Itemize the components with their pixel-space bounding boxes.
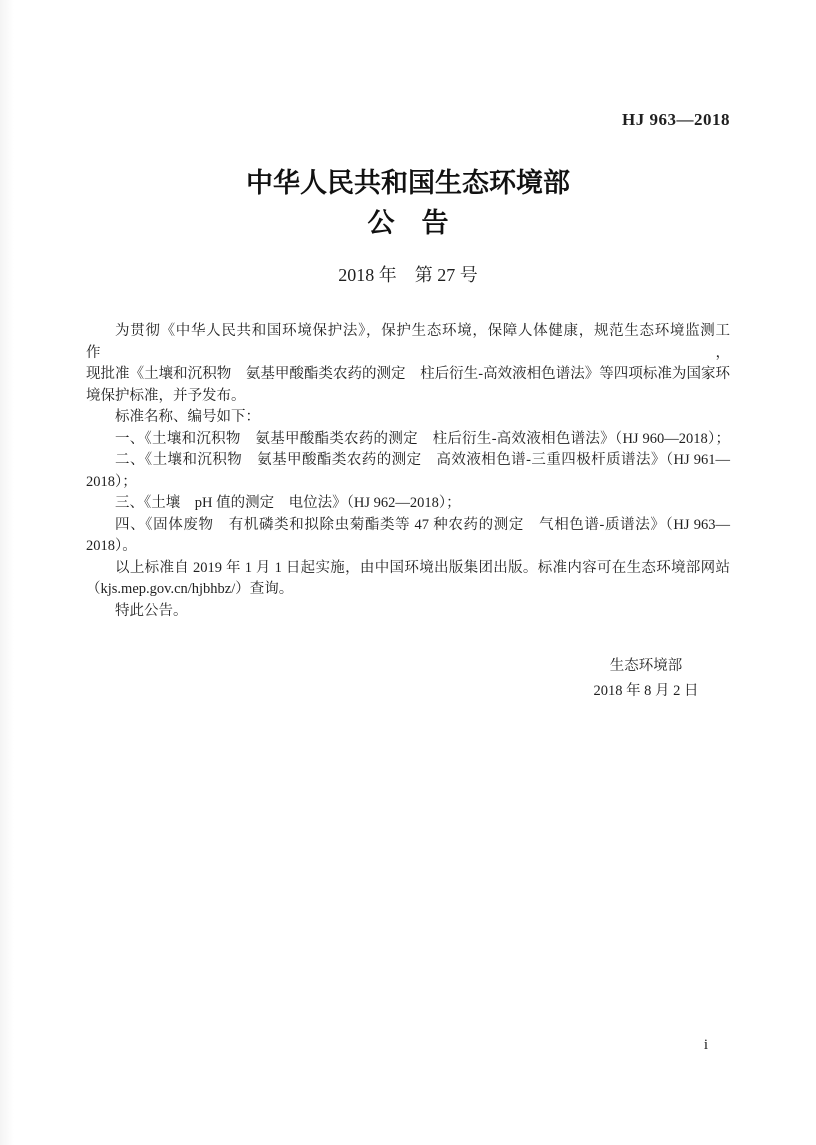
body-line: 三、《土壤 pH 值的测定 电位法》（HJ 962—2018）；	[86, 493, 730, 515]
document-page: HJ 963—2018 中华人民共和国生态环境部 公 告 2018 年 第 27…	[0, 0, 816, 1145]
body-line: 境保护标准，并予发布。	[86, 386, 730, 408]
announcement-title: 公 告	[86, 210, 730, 237]
announcement-body: 为贯彻《中华人民共和国环境保护法》，保护生态环境，保障人体健康，规范生态环境监测…	[86, 321, 730, 622]
body-line: 四、《固体废物 有机磷类和拟除虫菊酯类等 47 种农药的测定 气相色谱-质谱法》…	[86, 515, 730, 537]
body-line: 2018）；	[86, 472, 730, 494]
page-number: i	[696, 1036, 716, 1054]
body-line: 2018）。	[86, 536, 730, 558]
announcement-number: 2018 年 第 27 号	[86, 265, 730, 285]
standard-code: HJ 963—2018	[0, 0, 730, 130]
body-line: 一、《土壤和沉积物 氨基甲酸酯类农药的测定 柱后衍生-高效液相色谱法》（HJ 9…	[86, 429, 730, 451]
signature-block: 生态环境部 2018 年 8 月 2 日	[556, 654, 736, 704]
body-line: 以上标准自 2019 年 1 月 1 日起实施，由中国环境出版集团出版。标准内容…	[86, 558, 730, 580]
body-line: 现批准《土壤和沉积物 氨基甲酸酯类农药的测定 柱后衍生-高效液相色谱法》等四项标…	[86, 364, 730, 386]
body-line: 二、《土壤和沉积物 氨基甲酸酯类农药的测定 高效液相色谱-三重四极杆质谱法》（H…	[86, 450, 730, 472]
ministry-title: 中华人民共和国生态环境部	[86, 170, 730, 197]
body-line: （kjs.mep.gov.cn/hjbhbz/）查询。	[86, 579, 730, 601]
body-line: 特此公告。	[86, 601, 730, 623]
signature-org: 生态环境部	[556, 654, 736, 679]
body-line: 为贯彻《中华人民共和国环境保护法》，保护生态环境，保障人体健康，规范生态环境监测…	[86, 321, 730, 364]
body-line: 标准名称、编号如下：	[86, 407, 730, 429]
signature-date: 2018 年 8 月 2 日	[556, 679, 736, 704]
